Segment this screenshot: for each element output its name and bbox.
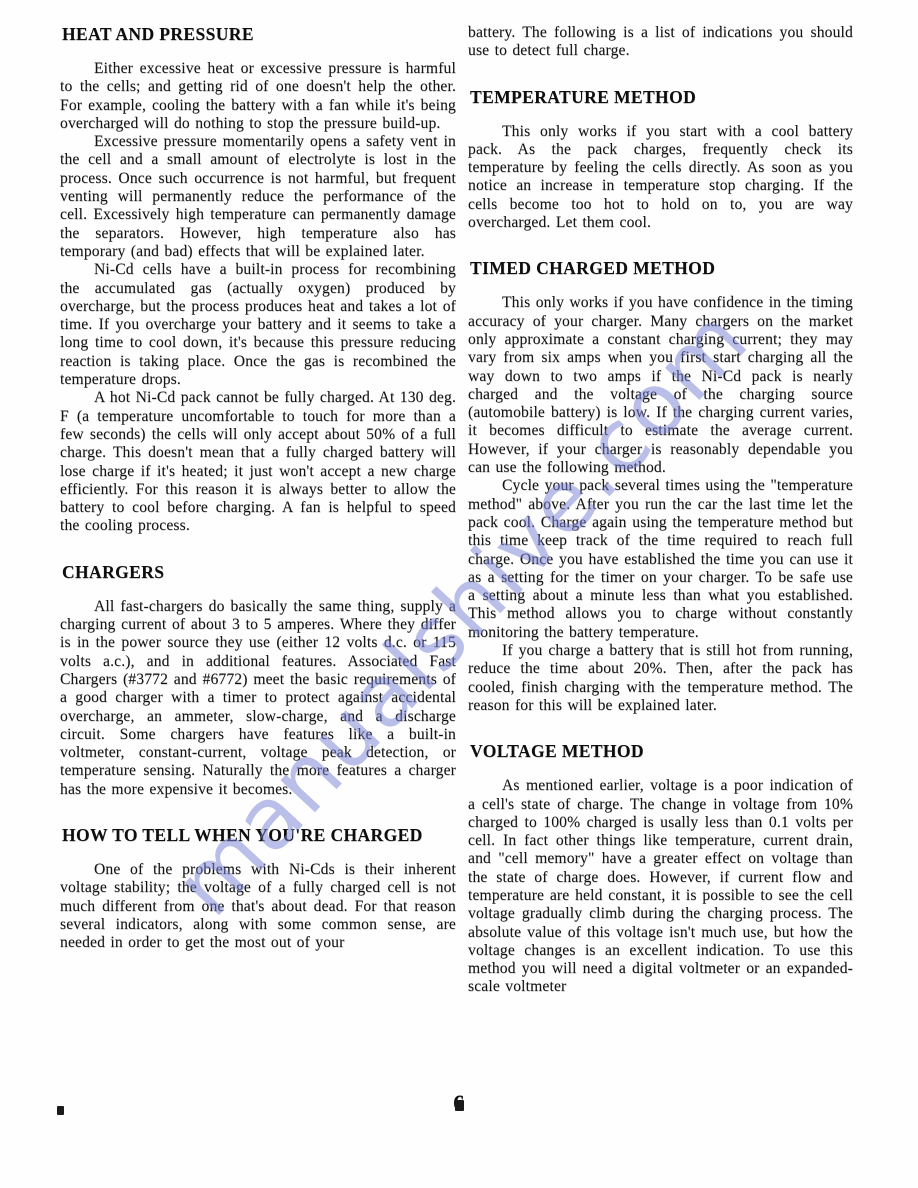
section-voltage-method: VOLTAGE METHOD As mentioned earlier, vol…	[468, 741, 853, 997]
paragraph: One of the problems with Ni-Cds is their…	[60, 861, 456, 952]
paragraph: Excessive pressure momentarily opens a s…	[60, 133, 456, 261]
section-continuation: battery. The following is a list of indi…	[468, 24, 853, 61]
section-timed-charged-method: TIMED CHARGED METHOD This only works if …	[468, 258, 853, 715]
paragraph: Ni-Cd cells have a built-in process for …	[60, 261, 456, 389]
section-heading: HEAT AND PRESSURE	[62, 24, 456, 45]
paragraph: This only works if you have confidence i…	[468, 294, 853, 477]
paragraph: battery. The following is a list of indi…	[468, 24, 853, 61]
section-heading: TIMED CHARGED METHOD	[470, 258, 853, 279]
section-heading: TEMPERATURE METHOD	[470, 87, 853, 108]
section-how-to-tell: HOW TO TELL WHEN YOU'RE CHARGED One of t…	[60, 825, 456, 952]
paragraph: This only works if you start with a cool…	[468, 123, 853, 233]
scan-artifact	[455, 1100, 464, 1111]
paragraph: All fast-chargers do basically the same …	[60, 598, 456, 799]
scanned-manual-page: HEAT AND PRESSURE Either excessive heat …	[0, 0, 918, 1188]
left-column: HEAT AND PRESSURE Either excessive heat …	[60, 24, 456, 952]
scan-artifact	[57, 1106, 64, 1115]
right-column: battery. The following is a list of indi…	[468, 24, 853, 997]
section-chargers: CHARGERS All fast-chargers do basically …	[60, 562, 456, 799]
section-heading: CHARGERS	[62, 562, 456, 583]
paragraph: If you charge a battery that is still ho…	[468, 642, 853, 715]
paragraph: Cycle your pack several times using the …	[468, 477, 853, 642]
paragraph: Either excessive heat or excessive press…	[60, 60, 456, 133]
paragraph: As mentioned earlier, voltage is a poor …	[468, 777, 853, 997]
section-heat-and-pressure: HEAT AND PRESSURE Either excessive heat …	[60, 24, 456, 536]
section-heading: VOLTAGE METHOD	[470, 741, 853, 762]
section-temperature-method: TEMPERATURE METHOD This only works if yo…	[468, 87, 853, 233]
paragraph: A hot Ni-Cd pack cannot be fully charged…	[60, 389, 456, 535]
section-heading: HOW TO TELL WHEN YOU'RE CHARGED	[62, 825, 456, 846]
